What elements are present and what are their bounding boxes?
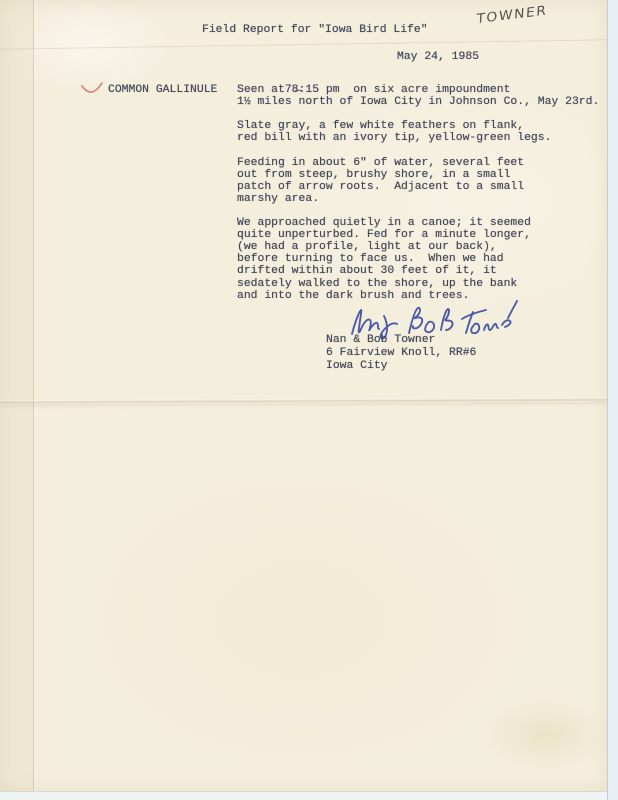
handwritten-name-annotation: TOWNER	[476, 3, 548, 27]
report-date: May 24, 1985	[397, 51, 479, 63]
paragraph-sighting: Seen at78̶:15 pm on six acre impoundment…	[237, 84, 599, 108]
report-title: Field Report for "Iowa Bird Life"	[202, 24, 428, 36]
scanned-document-page: TOWNER Field Report for "Iowa Bird Life"…	[0, 0, 618, 800]
top-crease-line	[0, 39, 616, 50]
report-body: Seen at78̶:15 pm on six acre impoundment…	[237, 84, 599, 314]
paragraph-description: Slate gray, a few white feathers on flan…	[237, 120, 599, 144]
scan-edge-bottom	[0, 791, 607, 800]
paragraph-habitat: Feeding in about 6" of water, several fe…	[237, 157, 599, 205]
scan-edge-right	[607, 0, 618, 800]
red-checkmark-icon	[80, 80, 104, 101]
paper-sheet: TOWNER Field Report for "Iowa Bird Life"…	[0, 0, 607, 791]
horizontal-fold-crease	[0, 398, 607, 405]
species-heading: COMMON GALLINULE	[108, 84, 217, 96]
left-fold-shading	[0, 0, 33, 791]
left-crease-line	[33, 0, 34, 791]
typed-signature-block: Nan & Bob Towner 6 Fairview Knoll, RR#6 …	[326, 334, 476, 374]
